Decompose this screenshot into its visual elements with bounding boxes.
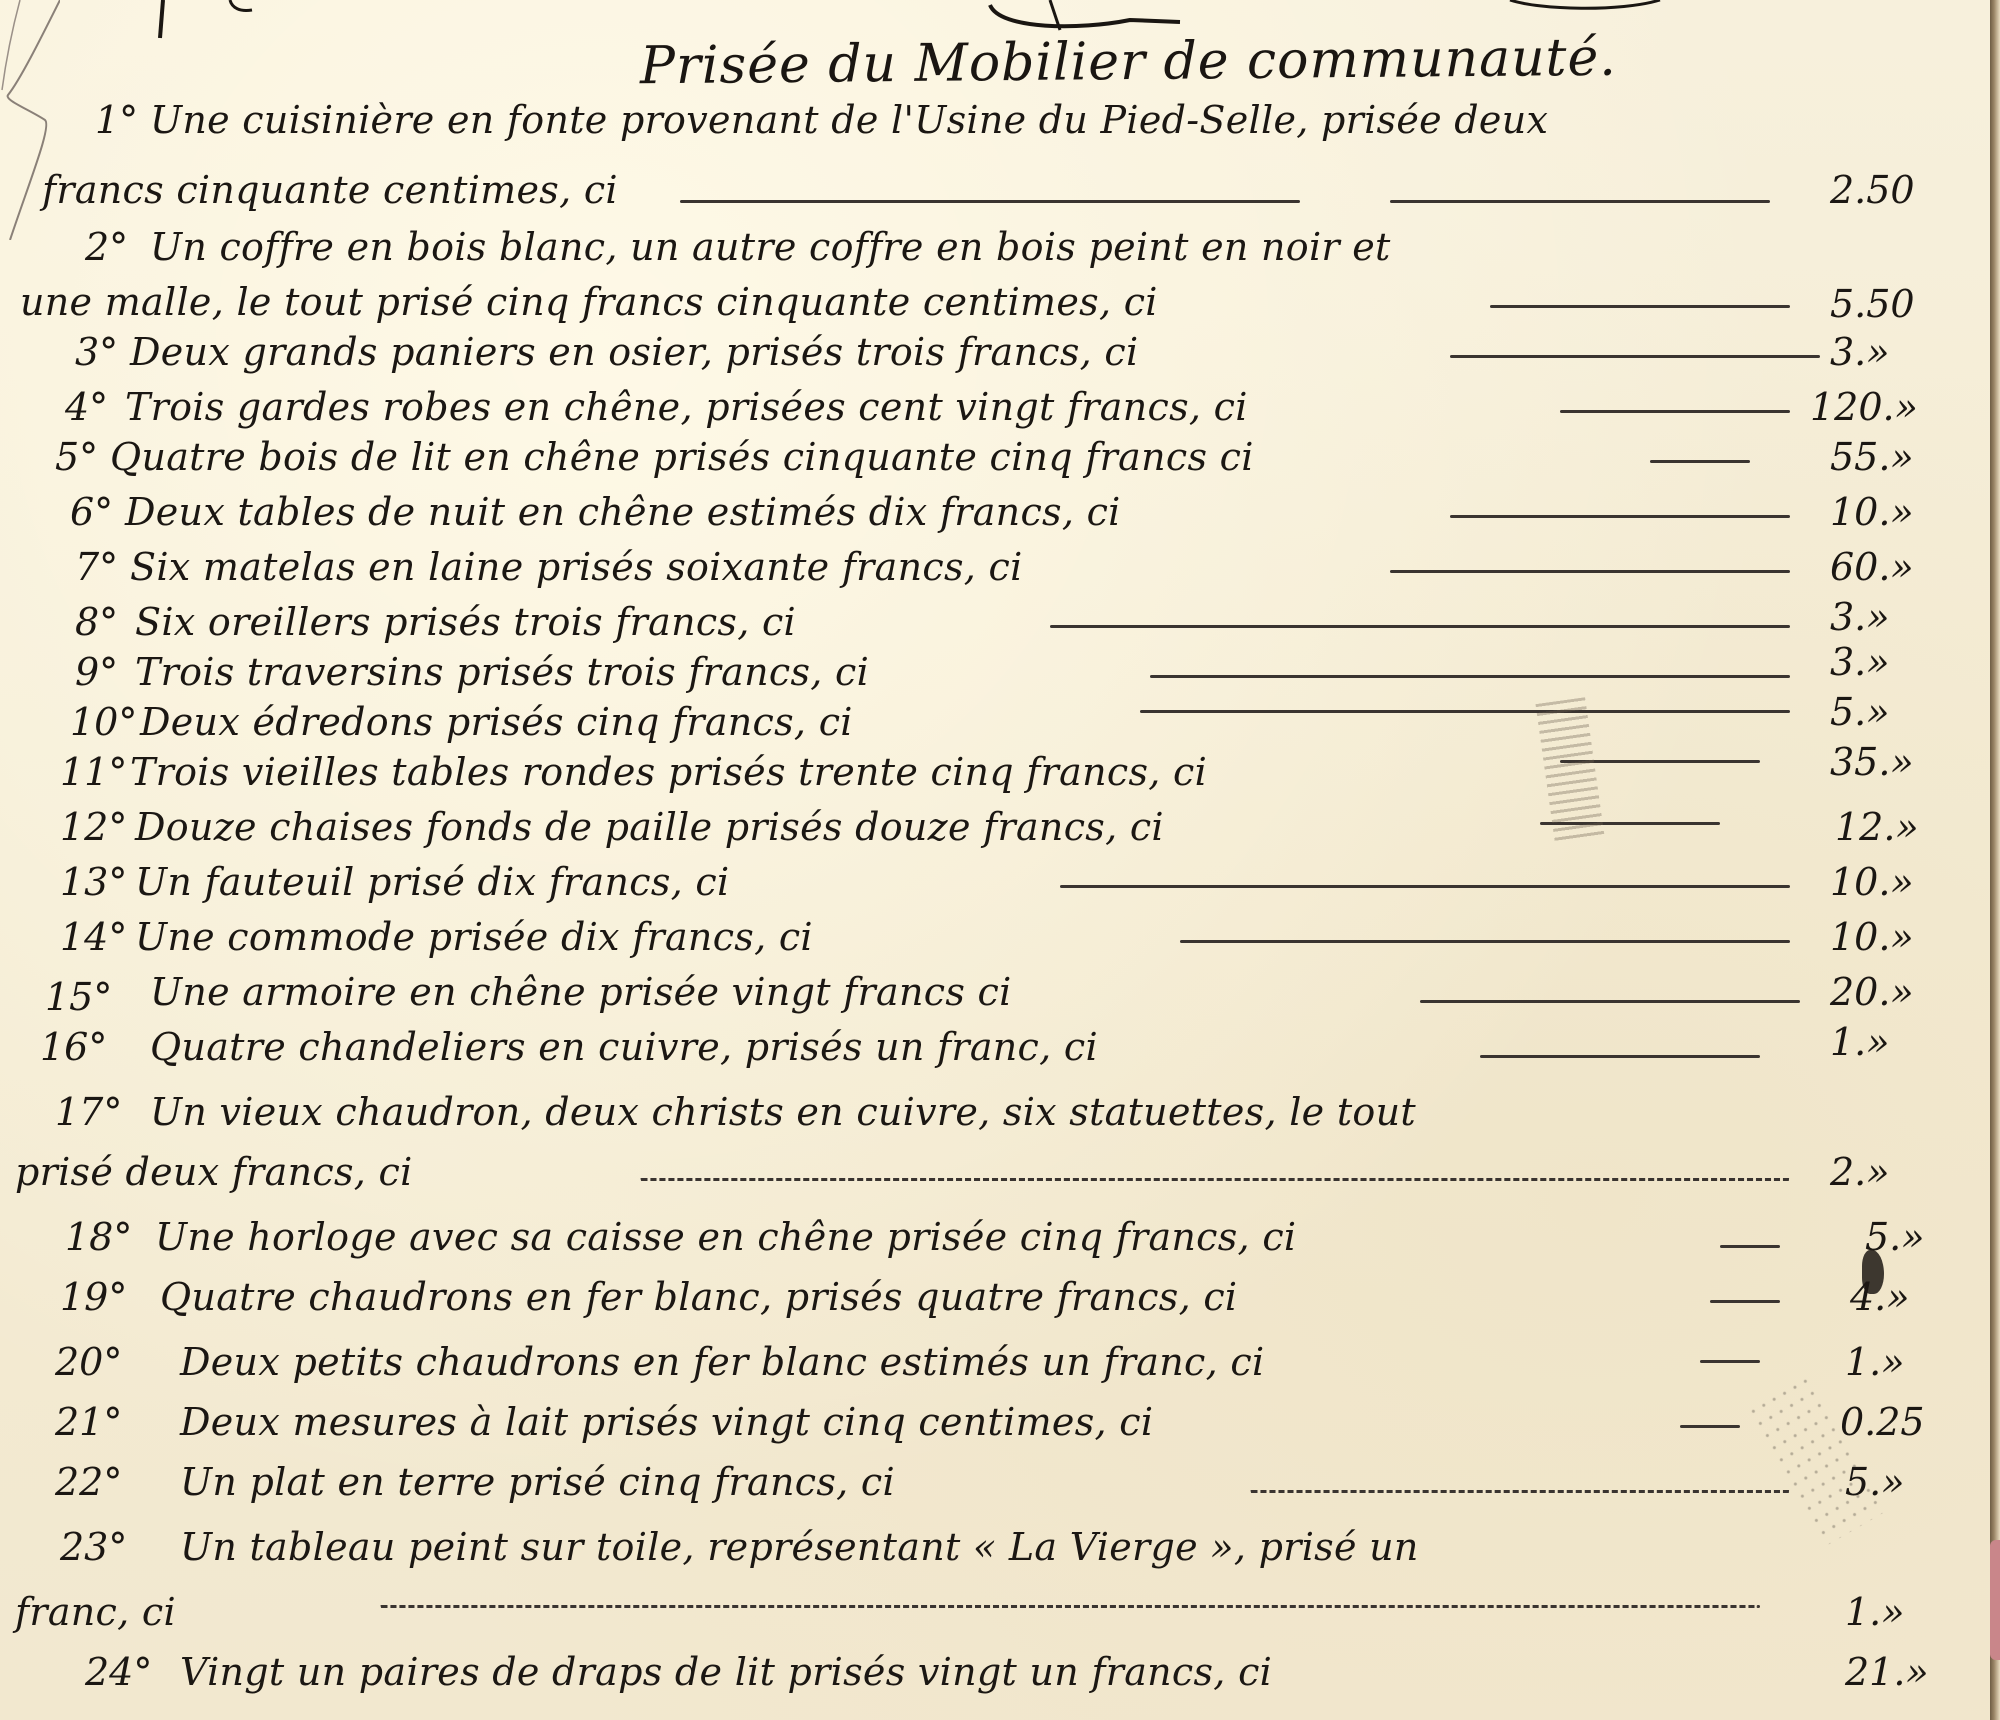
item-text: une malle, le tout prisé cinq francs cin… <box>20 280 1158 324</box>
item-text: Quatre bois de lit en chêne prisés cinqu… <box>110 435 1254 479</box>
item-text: Une cuisinière en fonte provenant de l'U… <box>150 98 1548 142</box>
item-text: Vingt un paires de draps de lit prisés v… <box>180 1650 1272 1694</box>
item-number: 13° <box>60 860 127 904</box>
item-number: 3° <box>75 330 118 374</box>
item-text: Deux tables de nuit en chêne estimés dix… <box>125 490 1121 534</box>
item-amount: 1.» <box>1830 1020 1890 1064</box>
fill-line <box>1060 885 1790 888</box>
item-text: Deux mesures à lait prisés vingt cinq ce… <box>180 1400 1153 1444</box>
item-number: 10° <box>70 700 137 744</box>
item-number: 14° <box>60 915 127 959</box>
fill-line <box>380 1605 1760 1608</box>
item-amount: 10.» <box>1830 915 1914 959</box>
item-text: Deux édredons prisés cinq francs, ci <box>140 700 853 744</box>
item-text: Trois vieilles tables rondes prisés tren… <box>130 750 1207 794</box>
item-number: 18° <box>65 1215 132 1259</box>
item-text: Un tableau peint sur toile, représentant… <box>180 1525 1419 1569</box>
fill-line <box>1180 940 1790 943</box>
item-text: Six matelas en laine prisés soixante fra… <box>130 545 1023 589</box>
fill-line <box>640 1178 1790 1181</box>
fill-line <box>1450 355 1820 358</box>
fill-line <box>1250 1490 1790 1493</box>
item-amount: 5.» <box>1830 690 1890 734</box>
item-amount: 120.» <box>1810 385 1918 429</box>
item-number: 15° <box>45 975 112 1019</box>
fill-line <box>1480 1055 1760 1058</box>
fill-line <box>1680 1425 1740 1428</box>
item-amount: 55.» <box>1830 435 1914 479</box>
item-number: 16° <box>40 1025 107 1069</box>
fill-line <box>1720 1245 1780 1248</box>
item-number: 8° <box>75 600 118 644</box>
item-text: Un vieux chaudron, deux christs en cuivr… <box>150 1090 1416 1134</box>
fill-line <box>1150 675 1790 678</box>
item-text: Trois gardes robes en chêne, prisées cen… <box>125 385 1248 429</box>
item-number: 19° <box>60 1275 127 1319</box>
item-number: 22° <box>55 1460 122 1504</box>
item-number: 24° <box>85 1650 152 1694</box>
item-text: Quatre chandeliers en cuivre, prisés un … <box>150 1025 1098 1069</box>
item-text: francs cinquante centimes, ci <box>42 168 618 212</box>
item-amount: 2.» <box>1830 1150 1890 1194</box>
fill-line <box>1420 1000 1800 1003</box>
item-text: Un plat en terre prisé cinq francs, ci <box>180 1460 895 1504</box>
fill-line <box>1490 305 1790 308</box>
document-title: Prisée du Mobilier de communauté. <box>640 28 1617 97</box>
item-number: 9° <box>75 650 118 694</box>
fill-line <box>1560 410 1790 413</box>
item-amount: 21.» <box>1845 1650 1929 1694</box>
item-number: 23° <box>60 1525 127 1569</box>
page-edge <box>1990 0 2000 1720</box>
fill-line <box>1710 1300 1780 1303</box>
item-text: Un fauteuil prisé dix francs, ci <box>135 860 729 904</box>
item-text: Une horloge avec sa caisse en chêne pris… <box>155 1215 1296 1259</box>
ink-blot <box>1862 1250 1884 1294</box>
item-number: 21° <box>55 1400 122 1444</box>
item-number: 7° <box>75 545 118 589</box>
item-amount: 10.» <box>1830 490 1914 534</box>
fill-line <box>1050 625 1790 628</box>
item-number: 17° <box>55 1090 122 1134</box>
item-amount: 60.» <box>1830 545 1914 589</box>
item-number: 5° <box>55 435 98 479</box>
item-amount: 10.» <box>1830 860 1914 904</box>
item-number: 4° <box>65 385 108 429</box>
item-amount: 12.» <box>1835 805 1919 849</box>
item-number: 11° <box>60 750 127 794</box>
fill-line <box>1390 200 1770 203</box>
fill-line <box>1390 570 1790 573</box>
item-amount: 0.25 <box>1840 1400 1925 1444</box>
item-text: Une commode prisée dix francs, ci <box>135 915 813 959</box>
item-number: 6° <box>70 490 113 534</box>
item-text: Un coffre en bois blanc, un autre coffre… <box>150 225 1391 269</box>
item-text: Deux petits chaudrons en fer blanc estim… <box>180 1340 1264 1384</box>
fill-line <box>1650 460 1750 463</box>
item-number: 12° <box>60 805 127 849</box>
fill-line <box>1700 1360 1760 1363</box>
item-number: 2° <box>85 225 128 269</box>
item-amount: 1.» <box>1845 1340 1905 1384</box>
item-amount: 3.» <box>1830 595 1890 639</box>
fill-line <box>1450 515 1790 518</box>
item-text: Trois traversins prisés trois francs, ci <box>135 650 869 694</box>
item-number: 1° <box>95 98 138 142</box>
item-text: Une armoire en chêne prisée vingt francs… <box>150 970 1012 1014</box>
item-text: franc, ci <box>15 1590 176 1634</box>
item-amount: 5.50 <box>1830 282 1915 326</box>
item-amount: 3.» <box>1830 330 1890 374</box>
item-amount: 35.» <box>1830 740 1914 784</box>
item-amount: 2.50 <box>1830 168 1915 212</box>
item-amount: 1.» <box>1845 1590 1905 1634</box>
item-text: Quatre chaudrons en fer blanc, prisés qu… <box>160 1275 1237 1319</box>
item-amount: 20.» <box>1830 970 1914 1014</box>
item-text: Deux grands paniers en osier, prisés tro… <box>130 330 1138 374</box>
fill-line <box>1140 710 1790 713</box>
page-corner-tab <box>1990 1540 2000 1660</box>
item-text: prisé deux francs, ci <box>15 1150 413 1194</box>
item-amount: 3.» <box>1830 640 1890 684</box>
item-text: Six oreillers prisés trois francs, ci <box>135 600 796 644</box>
item-number: 20° <box>55 1340 122 1384</box>
fill-line <box>680 200 1300 203</box>
item-text: Douze chaises fonds de paille prisés dou… <box>135 805 1164 849</box>
